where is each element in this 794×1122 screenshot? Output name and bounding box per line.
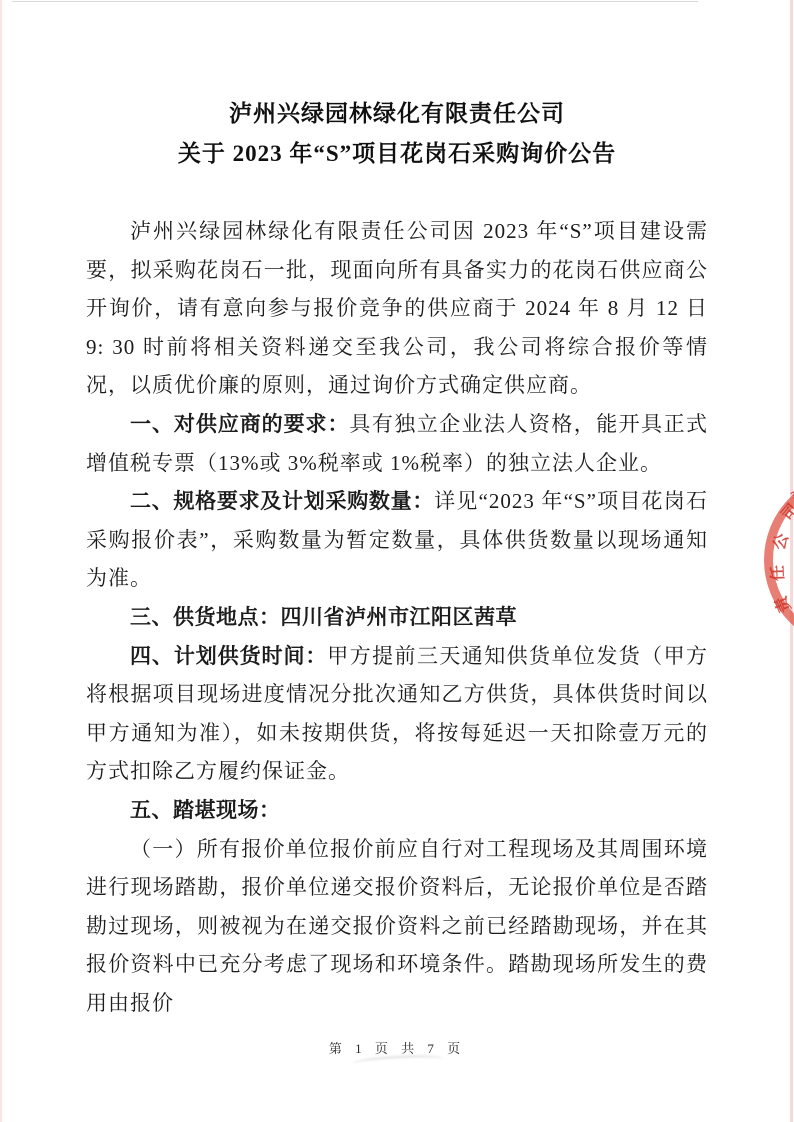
paragraph-text: （一）所有报价单位报价前应自行对工程现场及其周围环境进行现场踏勘，报价单位递交报… <box>86 837 708 1015</box>
title-line-2: 关于 2023 年“S”项目花岗石采购询价公告 <box>0 134 794 174</box>
page-number-indicator: 第 1 页 共 7 页 <box>329 1041 465 1056</box>
company-seal-stamp: 36 司 公 任 责 <box>764 472 794 648</box>
paragraph-spec-quantity: 二、规格要求及计划采购数量：详见“2023 年“S”项目花岗石采购报价表”，采购… <box>86 482 708 598</box>
seal-character: 司 <box>780 502 794 525</box>
paragraph-site-visit-detail: （一）所有报价单位报价前应自行对工程现场及其周围环境进行现场踏勘，报价单位递交报… <box>86 830 708 1023</box>
paragraph-delivery-location: 三、供货地点：四川省泸州市江阳区茜草 <box>86 598 708 637</box>
scan-edge-top <box>12 1 698 2</box>
seal-character: 任 <box>771 565 788 582</box>
paragraph-intro: 泸州兴绿园林绿化有限责任公司因 2023 年“S”项目建设需要，拟采购花岗石一批… <box>86 212 708 405</box>
paragraph-delivery-schedule: 四、计划供货时间：甲方提前三天通知供货单位发货（甲方将根据项目现场进度情况分批次… <box>86 637 708 791</box>
paragraph-lead: 四、计划供货时间： <box>130 644 327 668</box>
title-line-1: 泸州兴绿园林绿化有限责任公司 <box>0 94 794 134</box>
paragraph-lead: 五、踏堪现场： <box>130 798 281 822</box>
document-title: 泸州兴绿园林绿化有限责任公司 关于 2023 年“S”项目花岗石采购询价公告 <box>0 94 794 174</box>
page-footer: 第 1 页 共 7 页 <box>0 1038 794 1057</box>
seal-character: 责 <box>774 594 794 615</box>
paragraph-site-visit-heading: 五、踏堪现场： <box>86 791 708 830</box>
document-body: 泸州兴绿园林绿化有限责任公司因 2023 年“S”项目建设需要，拟采购花岗石一批… <box>86 212 708 1022</box>
paragraph-text: 泸州兴绿园林绿化有限责任公司因 2023 年“S”项目建设需要，拟采购花岗石一批… <box>86 219 708 397</box>
paragraph-lead: 一、对供应商的要求： <box>130 412 349 436</box>
seal-character: 公 <box>772 532 792 552</box>
paragraph-lead: 二、规格要求及计划采购数量： <box>130 489 434 513</box>
paragraph-lead: 三、供货地点：四川省泸州市江阳区茜草 <box>130 605 517 629</box>
paragraph-supplier-requirements: 一、对供应商的要求：具有独立企业法人资格，能开具正式增值税专票（13%或 3%税… <box>86 405 708 482</box>
